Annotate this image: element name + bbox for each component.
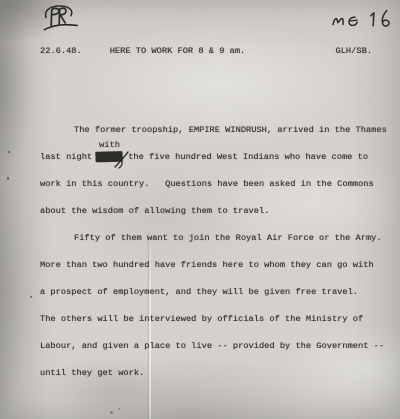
- typed-line: a prospect of employment, and they will …: [40, 286, 394, 313]
- typed-line: The others will be interviewed by offici…: [40, 313, 394, 340]
- line2-prefix: last night: [40, 152, 92, 162]
- typed-correction: with█████: [96, 151, 122, 163]
- handwritten-monogram-icon: [35, 2, 90, 36]
- paper-speck: [8, 151, 10, 153]
- typed-line-with-correction: last nightwith█████the five hundred West…: [40, 151, 394, 178]
- typed-line: More than two hundred have friends here …: [40, 259, 394, 286]
- typed-line: about the wisdom of allowing them to tra…: [40, 205, 394, 232]
- header-row: 22.6.48. HERE TO WORK FOR 8 & 9 am. GLH/…: [40, 46, 372, 56]
- typewritten-document-page: RR nc 16 22.6.48. HERE TO WORK FOR 8 & 9…: [0, 0, 400, 419]
- paper-speck: [118, 408, 120, 410]
- handwritten-corner-note-icon: [328, 6, 394, 33]
- date-label: 22.6.48.: [40, 46, 82, 56]
- document-body: The former troopship, EMPIRE WINDRUSH, a…: [40, 124, 394, 394]
- caret-mark-icon: [113, 152, 131, 170]
- monogram-label: RR: [0, 0, 1, 1]
- typed-line: Fifty of them want to join the Royal Air…: [40, 232, 394, 259]
- corner-note-label: nc 16: [0, 0, 1, 1]
- paper-speck: [30, 296, 32, 298]
- line2-suffix: the five hundred West Indians who have c…: [128, 152, 368, 162]
- inserted-word: with: [99, 139, 120, 151]
- typed-line: until they get work.: [40, 367, 394, 394]
- headline: HERE TO WORK FOR 8 & 9 am.: [110, 46, 246, 56]
- paper-speck: [110, 411, 113, 414]
- typed-line: work in this country. Questions have bee…: [40, 178, 394, 205]
- paper-speck: [7, 177, 9, 180]
- reference-initials: GLH/SB.: [336, 46, 373, 56]
- typed-line: Labour, and given a place to live -- pro…: [40, 340, 394, 367]
- typed-line: The former troopship, EMPIRE WINDRUSH, a…: [40, 124, 394, 151]
